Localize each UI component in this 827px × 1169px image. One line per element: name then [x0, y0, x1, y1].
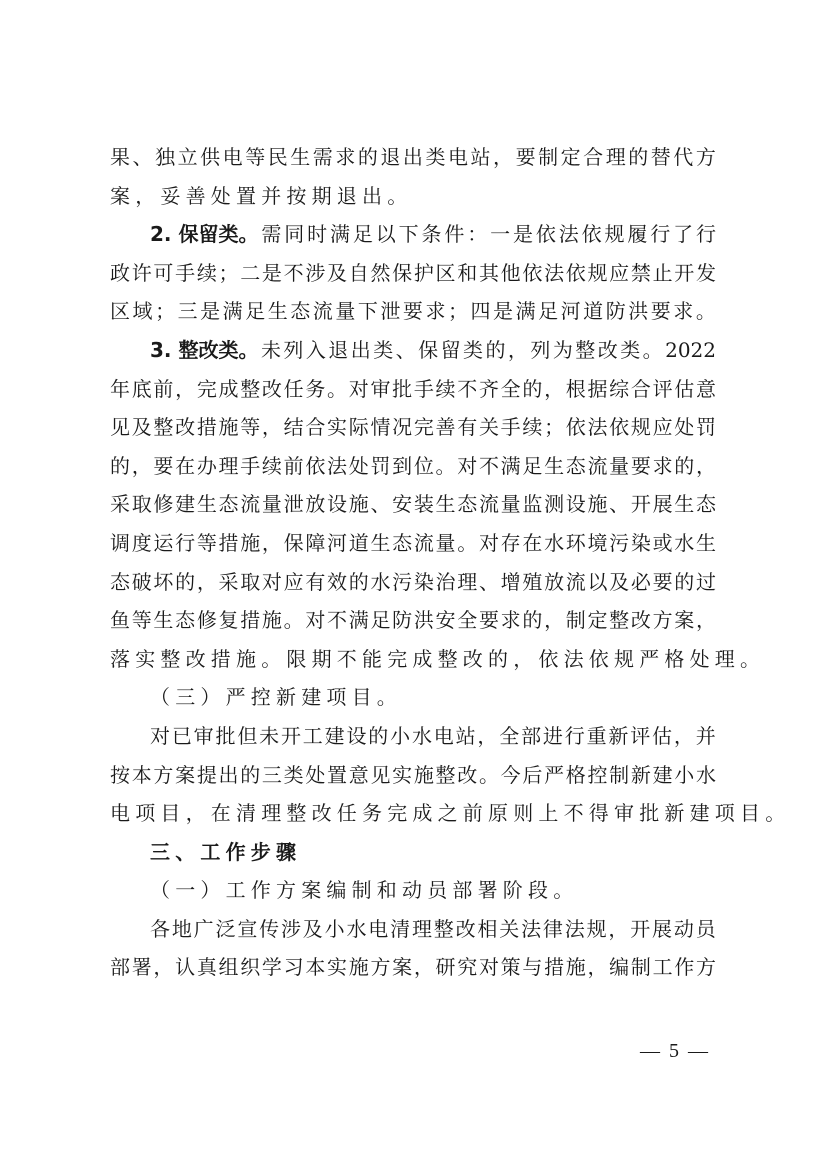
text-line: 态破坏的，采取对应有效的水污染治理、增殖放流以及必要的过	[110, 563, 716, 602]
text-line: 鱼等生态修复措施。对不满足防洪安全要求的，制定整改方案，	[110, 601, 716, 640]
document-page: 果、独立供电等民生需求的退出类电站，要制定合理的替代方案，妥善处置并按期退出。2…	[110, 138, 716, 987]
text-line: 采取修建生态流量泄放设施、安装生态流量监测设施、开展生态	[110, 485, 716, 524]
text-line: 调度运行等措施，保障河道生态流量。对存在水环境污染或水生	[110, 524, 716, 563]
text-line: 案，妥善处置并按期退出。	[110, 177, 716, 216]
text-line: 3. 整改类。未列入退出类、保留类的，列为整改类。2022	[110, 331, 716, 370]
text-line: 政许可手续；二是不涉及自然保护区和其他依法依规应禁止开发	[110, 254, 716, 293]
bold-label: 3. 整改类。	[150, 331, 258, 370]
text-line: 区域；三是满足生态流量下泄要求；四是满足河道防洪要求。	[110, 292, 716, 331]
subsection-heading: （三）严控新建项目。	[110, 678, 716, 717]
bold-label: 2. 保留类。	[150, 215, 258, 254]
text-line: 电项目，在清理整改任务完成之前原则上不得审批新建项目。	[110, 794, 716, 833]
text-line: 年底前，完成整改任务。对审批手续不齐全的，根据综合评估意	[110, 370, 716, 409]
page-number: — 5 —	[640, 1040, 710, 1063]
text-line: 对已审批但未开工建设的小水电站，全部进行重新评估，并	[110, 717, 716, 756]
text-line: 2. 保留类。需同时满足以下条件：一是依法依规履行了行	[110, 215, 716, 254]
text-line: 落实整改措施。限期不能完成整改的，依法依规严格处理。	[110, 640, 716, 679]
section-heading: 三、工作步骤	[110, 833, 716, 872]
text-line: 按本方案提出的三类处置意见实施整改。今后严格控制新建小水	[110, 756, 716, 795]
text-line: 各地广泛宣传涉及小水电清理整改相关法律法规，开展动员	[110, 910, 716, 949]
text-line: 部署，认真组织学习本实施方案，研究对策与措施，编制工作方	[110, 948, 716, 987]
subsection-heading: （一）工作方案编制和动员部署阶段。	[110, 871, 716, 910]
text-line: 的，要在办理手续前依法处罚到位。对不满足生态流量要求的，	[110, 447, 716, 486]
text-line: 见及整改措施等，结合实际情况完善有关手续；依法依规应处罚	[110, 408, 716, 447]
text-line: 果、独立供电等民生需求的退出类电站，要制定合理的替代方	[110, 138, 716, 177]
